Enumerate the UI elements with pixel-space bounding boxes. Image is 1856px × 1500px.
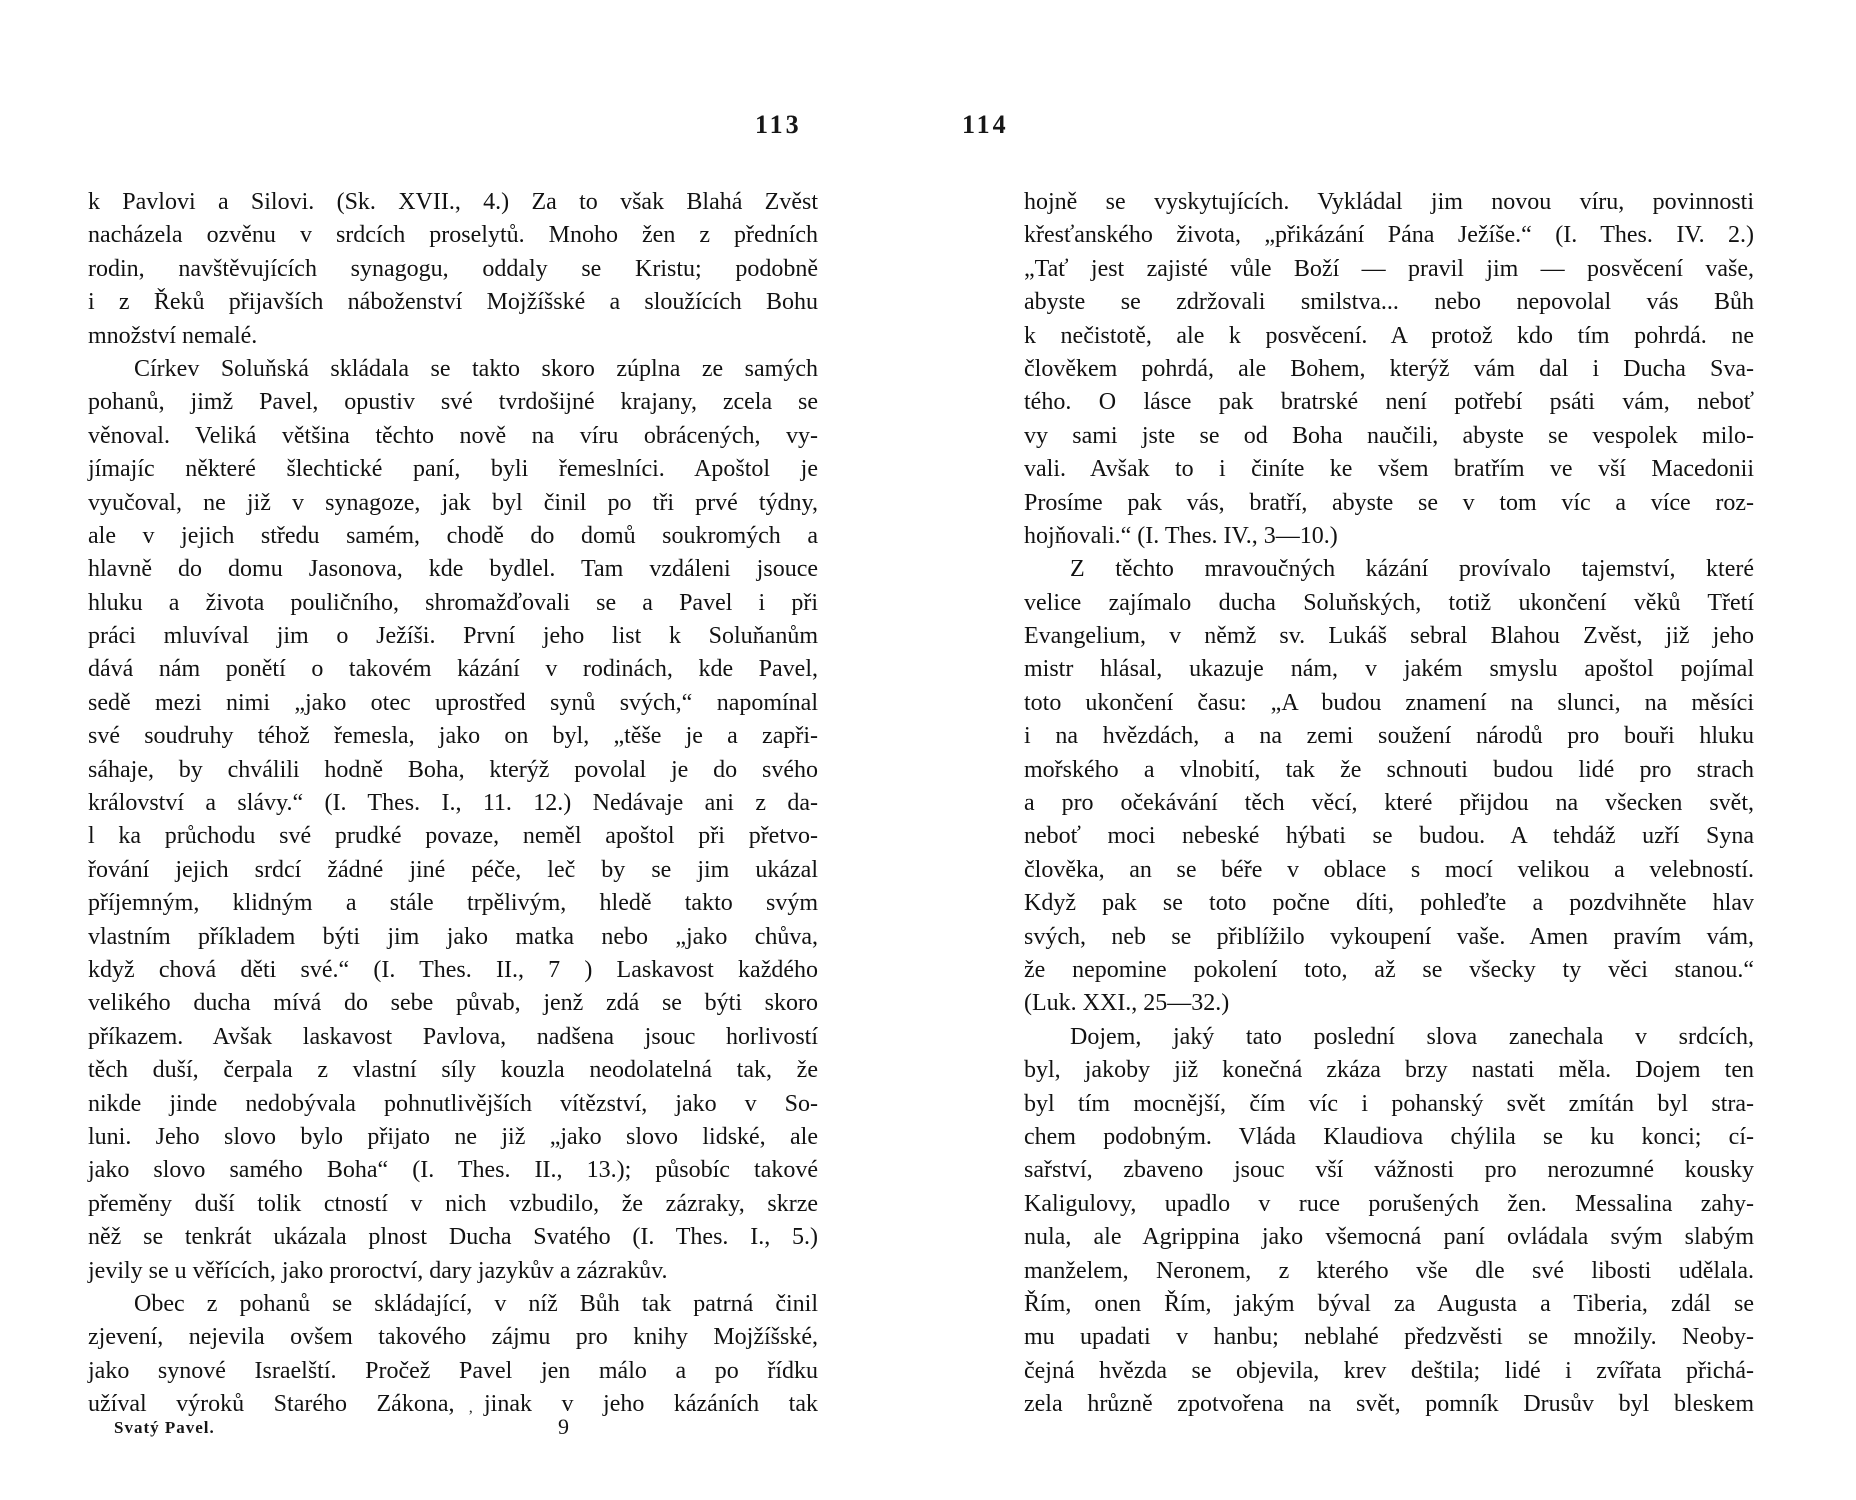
text-line: sedě mezi nimi „jako otec uprostřed synů… [88, 687, 818, 720]
text-line: mistr hlásal, ukazuje nám, v jakém smysl… [1024, 653, 1754, 686]
left-page-text-column: k Pavlovi a Silovi. (Sk. XVII., 4.) Za t… [88, 186, 818, 1421]
text-line: chem podobným. Vláda Klaudiova chýlila s… [1024, 1121, 1754, 1154]
text-line: hojňovali.“ (I. Thes. IV., 3—10.) [1024, 520, 1754, 553]
text-line: vlastním příkladem býti jim jako matka n… [88, 921, 818, 954]
text-line: těch duší, čerpala z vlastní síly kouzla… [88, 1054, 818, 1087]
text-line: ale v jejich středu samém, chodě do domů… [88, 520, 818, 553]
text-line: přeměny duší tolik ctností v nich vzbudi… [88, 1188, 818, 1221]
text-line: manželem, Neronem, z kterého vše dle své… [1024, 1255, 1754, 1288]
text-line: vali. Avšak to i činíte ke všem bratřím … [1024, 453, 1754, 486]
text-line: křesťanského života, „přikázání Pána Jež… [1024, 219, 1754, 252]
text-line: vy sami jste se od Boha naučili, abyste … [1024, 420, 1754, 453]
text-line: Z těchto mravoučných kázání provívalo ta… [1024, 553, 1754, 586]
signature-title: Svatý Pavel. [114, 1418, 215, 1438]
text-line: byl, jakoby již konečná zkáza brzy nasta… [1024, 1054, 1754, 1087]
text-line: neboť moci nebeské hýbati se budou. A te… [1024, 820, 1754, 853]
text-line: Řím, onen Řím, jakým býval za Augusta a … [1024, 1288, 1754, 1321]
text-line: množství nemalé. [88, 320, 818, 353]
ink-mark: ’ [468, 1408, 473, 1426]
text-line: zela hrůzně zpotvořena na svět, pomník D… [1024, 1388, 1754, 1421]
text-line: Kaligulovy, upadlo v ruce porušených žen… [1024, 1188, 1754, 1221]
book-page-spread: 113 114 k Pavlovi a Silovi. (Sk. XVII., … [0, 0, 1856, 1500]
text-line: mořského a vlnobití, tak že schnouti bud… [1024, 754, 1754, 787]
right-page-text-column: hojně se vyskytujících. Vykládal jim nov… [1024, 186, 1754, 1421]
text-line: čejná hvězda se objevila, krev deštila; … [1024, 1355, 1754, 1388]
text-line: toto ukončení času: „A budou znamení na … [1024, 687, 1754, 720]
text-line: jako synové Israelští. Pročež Pavel jen … [88, 1355, 818, 1388]
text-line: luni. Jeho slovo bylo přijato ne již „ja… [88, 1121, 818, 1154]
text-line: zjevení, nejevila ovšem takového zájmu p… [88, 1321, 818, 1354]
text-line: vyučoval, ne již v synagoze, jak byl čin… [88, 487, 818, 520]
text-line: když chová děti své.“ (I. Thes. II., 7 )… [88, 954, 818, 987]
text-line: velice zajímalo ducha Soluňských, totiž … [1024, 587, 1754, 620]
text-line: užíval výroků Starého Zákona, jinak v je… [88, 1388, 818, 1421]
text-line: sařství, zbaveno jsouc vší vážnosti pro … [1024, 1154, 1754, 1187]
text-line: hlavně do domu Jasonova, kde bydlel. Tam… [88, 553, 818, 586]
text-line: člověkem pohrdá, ale Bohem, kterýž vám d… [1024, 353, 1754, 386]
text-line: Když pak se toto počne díti, pohleďte a … [1024, 887, 1754, 920]
text-line: nacházela ozvěnu v srdcích proselytů. Mn… [88, 219, 818, 252]
text-line: pohanů, jimž Pavel, opustiv své tvrdošij… [88, 386, 818, 419]
text-line: Církev Soluňská skládala se takto skoro … [88, 353, 818, 386]
text-line: něž se tenkrát ukázala plnost Ducha Svat… [88, 1221, 818, 1254]
text-line: abyste se zdržovali smilstva... nebo nep… [1024, 286, 1754, 319]
text-line: a pro očekávání těch věcí, které přijdou… [1024, 787, 1754, 820]
text-line: příkazem. Avšak laskavost Pavlova, nadše… [88, 1021, 818, 1054]
text-line: l ka průchodu své prudké povaze, neměl a… [88, 820, 818, 853]
text-line: byl tím mocnější, čím víc i pohanský svě… [1024, 1088, 1754, 1121]
text-line: k Pavlovi a Silovi. (Sk. XVII., 4.) Za t… [88, 186, 818, 219]
text-line: jímajíc některé šlechtické paní, byli ře… [88, 453, 818, 486]
text-line: věnoval. Veliká většina těchto nově na v… [88, 420, 818, 453]
text-line: sáhaje, by chválili hodně Boha, kterýž p… [88, 754, 818, 787]
text-line: Evangelium, v němž sv. Lukáš sebral Blah… [1024, 620, 1754, 653]
text-line: řování jejich srdcí žádné jiné péče, leč… [88, 854, 818, 887]
text-line: jevily se u věřících, jako proroctví, da… [88, 1255, 818, 1288]
text-line: velikého ducha mívá do sebe půvab, jenž … [88, 987, 818, 1020]
text-line: „Tať jest zajisté vůle Boží — pravil jim… [1024, 253, 1754, 286]
text-line: i z Řeků přijavších náboženství Mojžíšsk… [88, 286, 818, 319]
text-line: příjemným, klidným a stále trpělivým, hl… [88, 887, 818, 920]
text-line: jako slovo samého Boha“ (I. Thes. II., 1… [88, 1154, 818, 1187]
page-number-right: 114 [962, 110, 1009, 140]
text-line: své soudruhy téhož řemesla, jako on byl,… [88, 720, 818, 753]
text-line: Dojem, jaký tato poslední slova zanechal… [1024, 1021, 1754, 1054]
page-number-left: 113 [755, 110, 802, 140]
text-line: mu upadati v hanbu; neblahé předzvěsti s… [1024, 1321, 1754, 1354]
text-line: nikde jinde nedobývala pohnutlivějších v… [88, 1088, 818, 1121]
text-line: Prosíme pak vás, bratří, abyste se v tom… [1024, 487, 1754, 520]
text-line: i na hvězdách, a na zemi soužení národů … [1024, 720, 1754, 753]
text-line: k nečistotě, ale k posvěcení. A protož k… [1024, 320, 1754, 353]
text-line: rodin, navštěvujících synagogu, oddaly s… [88, 253, 818, 286]
text-line: dává nám ponětí o takovém kázání v rodin… [88, 653, 818, 686]
text-line: nula, ale Agrippina jako všemocná paní o… [1024, 1221, 1754, 1254]
text-line: práci mluvíval jim o Ježíši. První jeho … [88, 620, 818, 653]
text-line: Obec z pohanů se skládající, v níž Bůh t… [88, 1288, 818, 1321]
text-line: (Luk. XXI., 25—32.) [1024, 987, 1754, 1020]
text-line: svých, neb se přiblížilo vykoupení vaše.… [1024, 921, 1754, 954]
text-line: hluku a života pouličního, shromažďovali… [88, 587, 818, 620]
text-line: člověka, an se béře v oblace s mocí veli… [1024, 854, 1754, 887]
text-line: tého. O lásce pak bratrské není potřebí … [1024, 386, 1754, 419]
text-line: že nepomine pokolení toto, až se všecky … [1024, 954, 1754, 987]
text-line: království a slávy.“ (I. Thes. I., 11. 1… [88, 787, 818, 820]
text-line: hojně se vyskytujících. Vykládal jim nov… [1024, 186, 1754, 219]
sheet-number: 9 [558, 1414, 569, 1440]
